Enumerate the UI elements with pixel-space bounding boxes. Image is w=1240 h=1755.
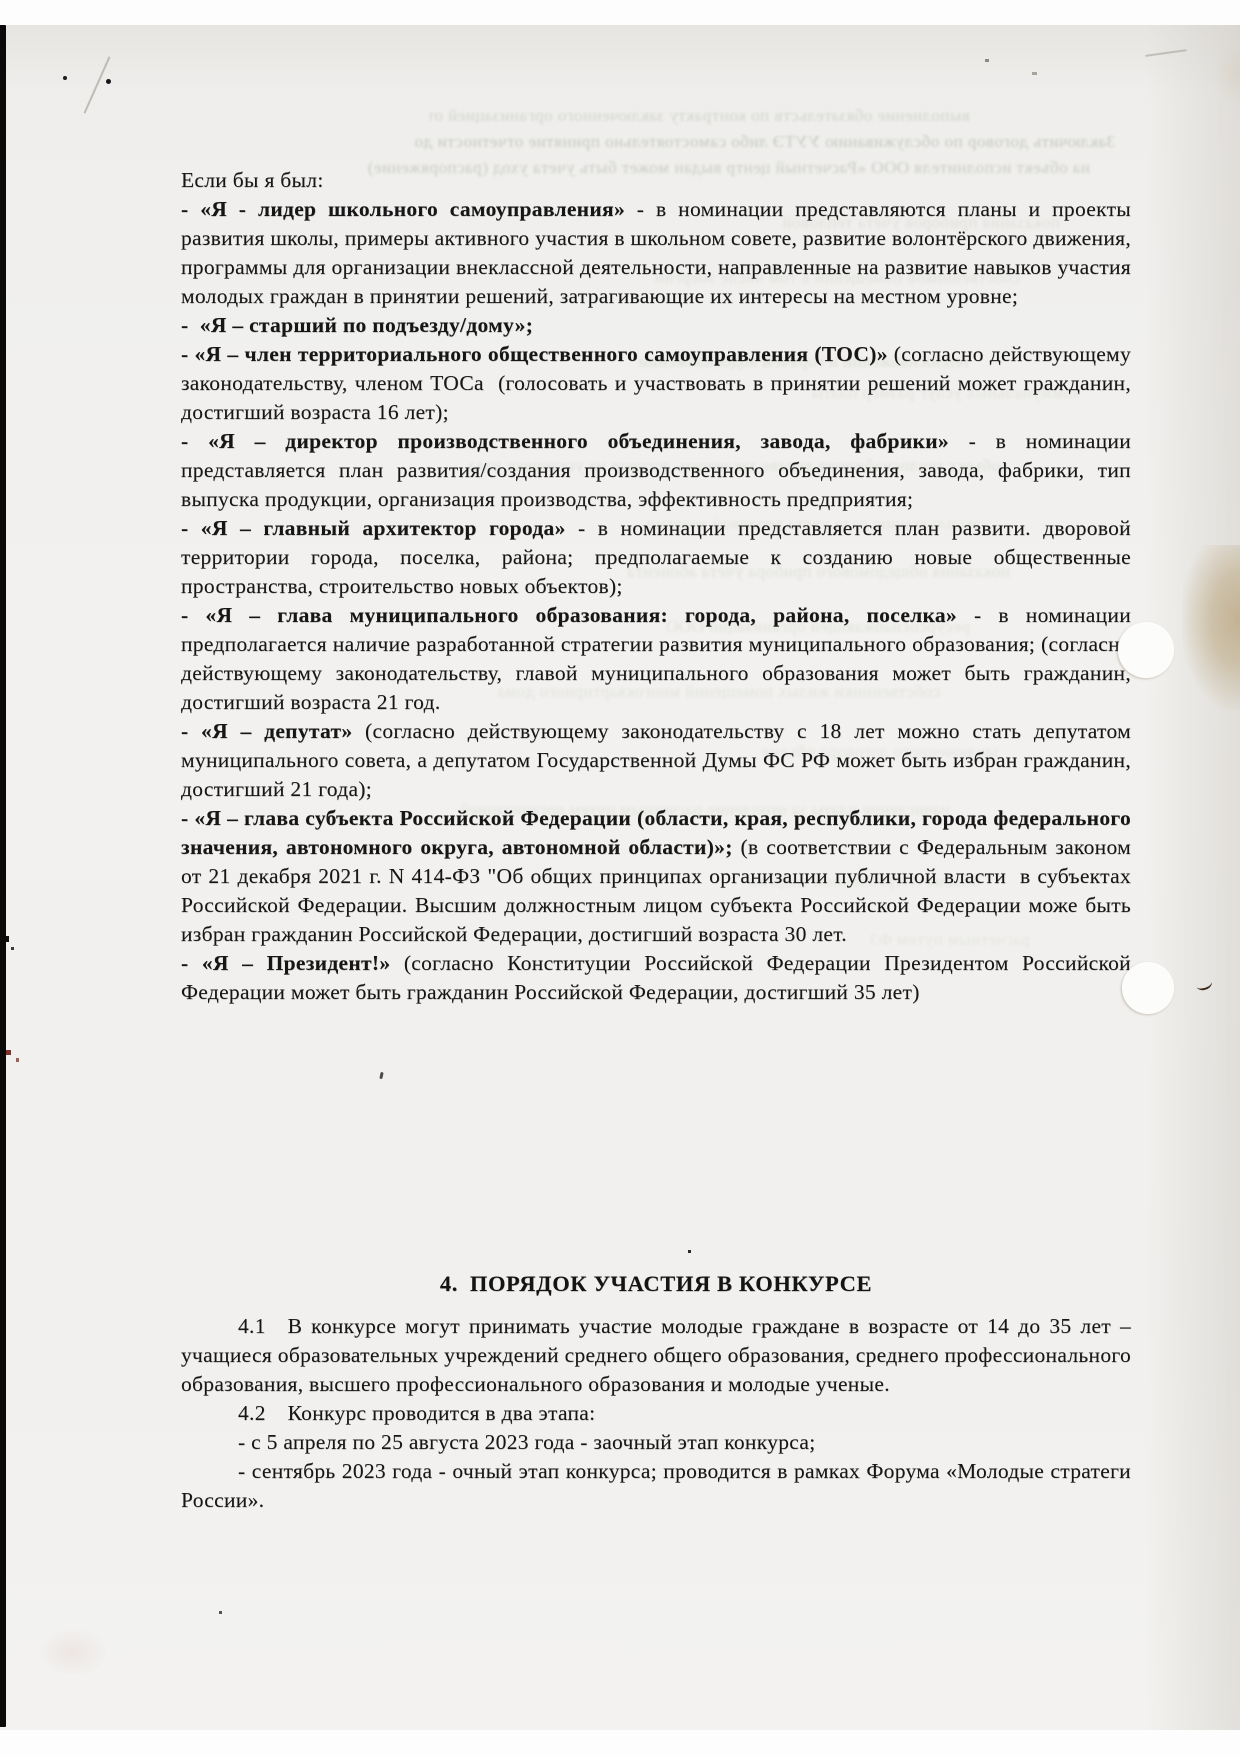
bold-run: - «Я – старший по подъезду/дому»;	[181, 313, 533, 337]
participation-rules-block: 4.1 В конкурсе могут принимать участие м…	[181, 1312, 1131, 1515]
text-run: - сентябрь 2023 года - очный этап конкур…	[181, 1459, 1131, 1512]
bold-run: - «Я – член территориального общественно…	[181, 342, 888, 366]
edge-speck	[11, 947, 14, 950]
paragraph: - «Я – депутат» (согласно действующему з…	[181, 717, 1131, 804]
scan-right-shading	[1145, 25, 1240, 1730]
ink-speck	[63, 76, 67, 80]
scan-top-shading	[0, 25, 1240, 95]
paragraph: - «Я – Президент!» (согласно Конституции…	[181, 949, 1131, 1007]
paragraph: - сентябрь 2023 года - очный этап конкур…	[181, 1457, 1131, 1515]
ink-speck	[219, 1611, 222, 1614]
text-run: - с 5 апреля по 25 августа 2023 года - з…	[238, 1430, 815, 1454]
paragraph: - «Я – член территориального общественно…	[181, 340, 1131, 427]
bold-run: - «Я – Президент!»	[181, 951, 390, 975]
bleed-through-line: выполнение обязательств по контракту зак…	[430, 106, 970, 126]
scan-stain-right	[1182, 545, 1240, 710]
paragraph: - «Я - лидер школьного самоуправления» -…	[181, 195, 1131, 311]
hole-punch-bottom	[1122, 962, 1174, 1014]
bold-run: - «Я – депутат»	[181, 719, 352, 743]
ink-speck	[985, 59, 989, 62]
text-run: Если бы я был:	[181, 168, 324, 192]
paragraph: 4.1 В конкурсе могут принимать участие м…	[181, 1312, 1131, 1399]
text-run: 4.2 Конкурс проводится в два этапа:	[238, 1401, 595, 1425]
ink-speck	[106, 79, 111, 84]
red-speck	[16, 1058, 19, 1062]
ink-speck	[688, 1250, 691, 1253]
bleed-through-line: Заключить договор по обслуживанию УУТЭ л…	[180, 132, 1115, 152]
paragraph: - «Я – глава субъекта Российской Федерац…	[181, 804, 1131, 949]
scanned-document-page: выполнение обязательств по контракту зак…	[0, 0, 1240, 1755]
section-heading: 4. ПОРЯДОК УЧАСТИЯ В КОНКУРСЕ	[181, 1271, 1131, 1297]
paragraph: - «Я – глава муниципального образования:…	[181, 601, 1131, 717]
paragraph: 4.2 Конкурс проводится в два этапа:	[181, 1399, 1131, 1428]
scan-edge-bar	[0, 25, 6, 1727]
bold-run: - «Я – главный архитектор города»	[181, 516, 566, 540]
ink-speck	[1032, 72, 1037, 75]
red-speck	[6, 1050, 11, 1055]
text-run: 4.1 В конкурсе могут принимать участие м…	[181, 1314, 1131, 1396]
scan-stain-top-right	[1214, 42, 1240, 104]
paragraph: - «Я – главный архитектор города» - в но…	[181, 514, 1131, 601]
bold-run: - «Я – глава муниципального образования:…	[181, 603, 957, 627]
nominations-text-block: Если бы я был:- «Я - лидер школьного сам…	[181, 166, 1131, 1007]
bold-run: - «Я – директор производственного объеди…	[181, 429, 949, 453]
hole-punch-top	[1118, 622, 1174, 678]
paragraph: - «Я – директор производственного объеди…	[181, 427, 1131, 514]
faint-smudge	[38, 1628, 108, 1676]
paragraph: - с 5 апреля по 25 августа 2023 года - з…	[181, 1428, 1131, 1457]
bold-run: - «Я - лидер школьного самоуправления»	[181, 197, 625, 221]
paragraph: Если бы я был:	[181, 166, 1131, 195]
paragraph: - «Я – старший по подъезду/дому»;	[181, 311, 1131, 340]
